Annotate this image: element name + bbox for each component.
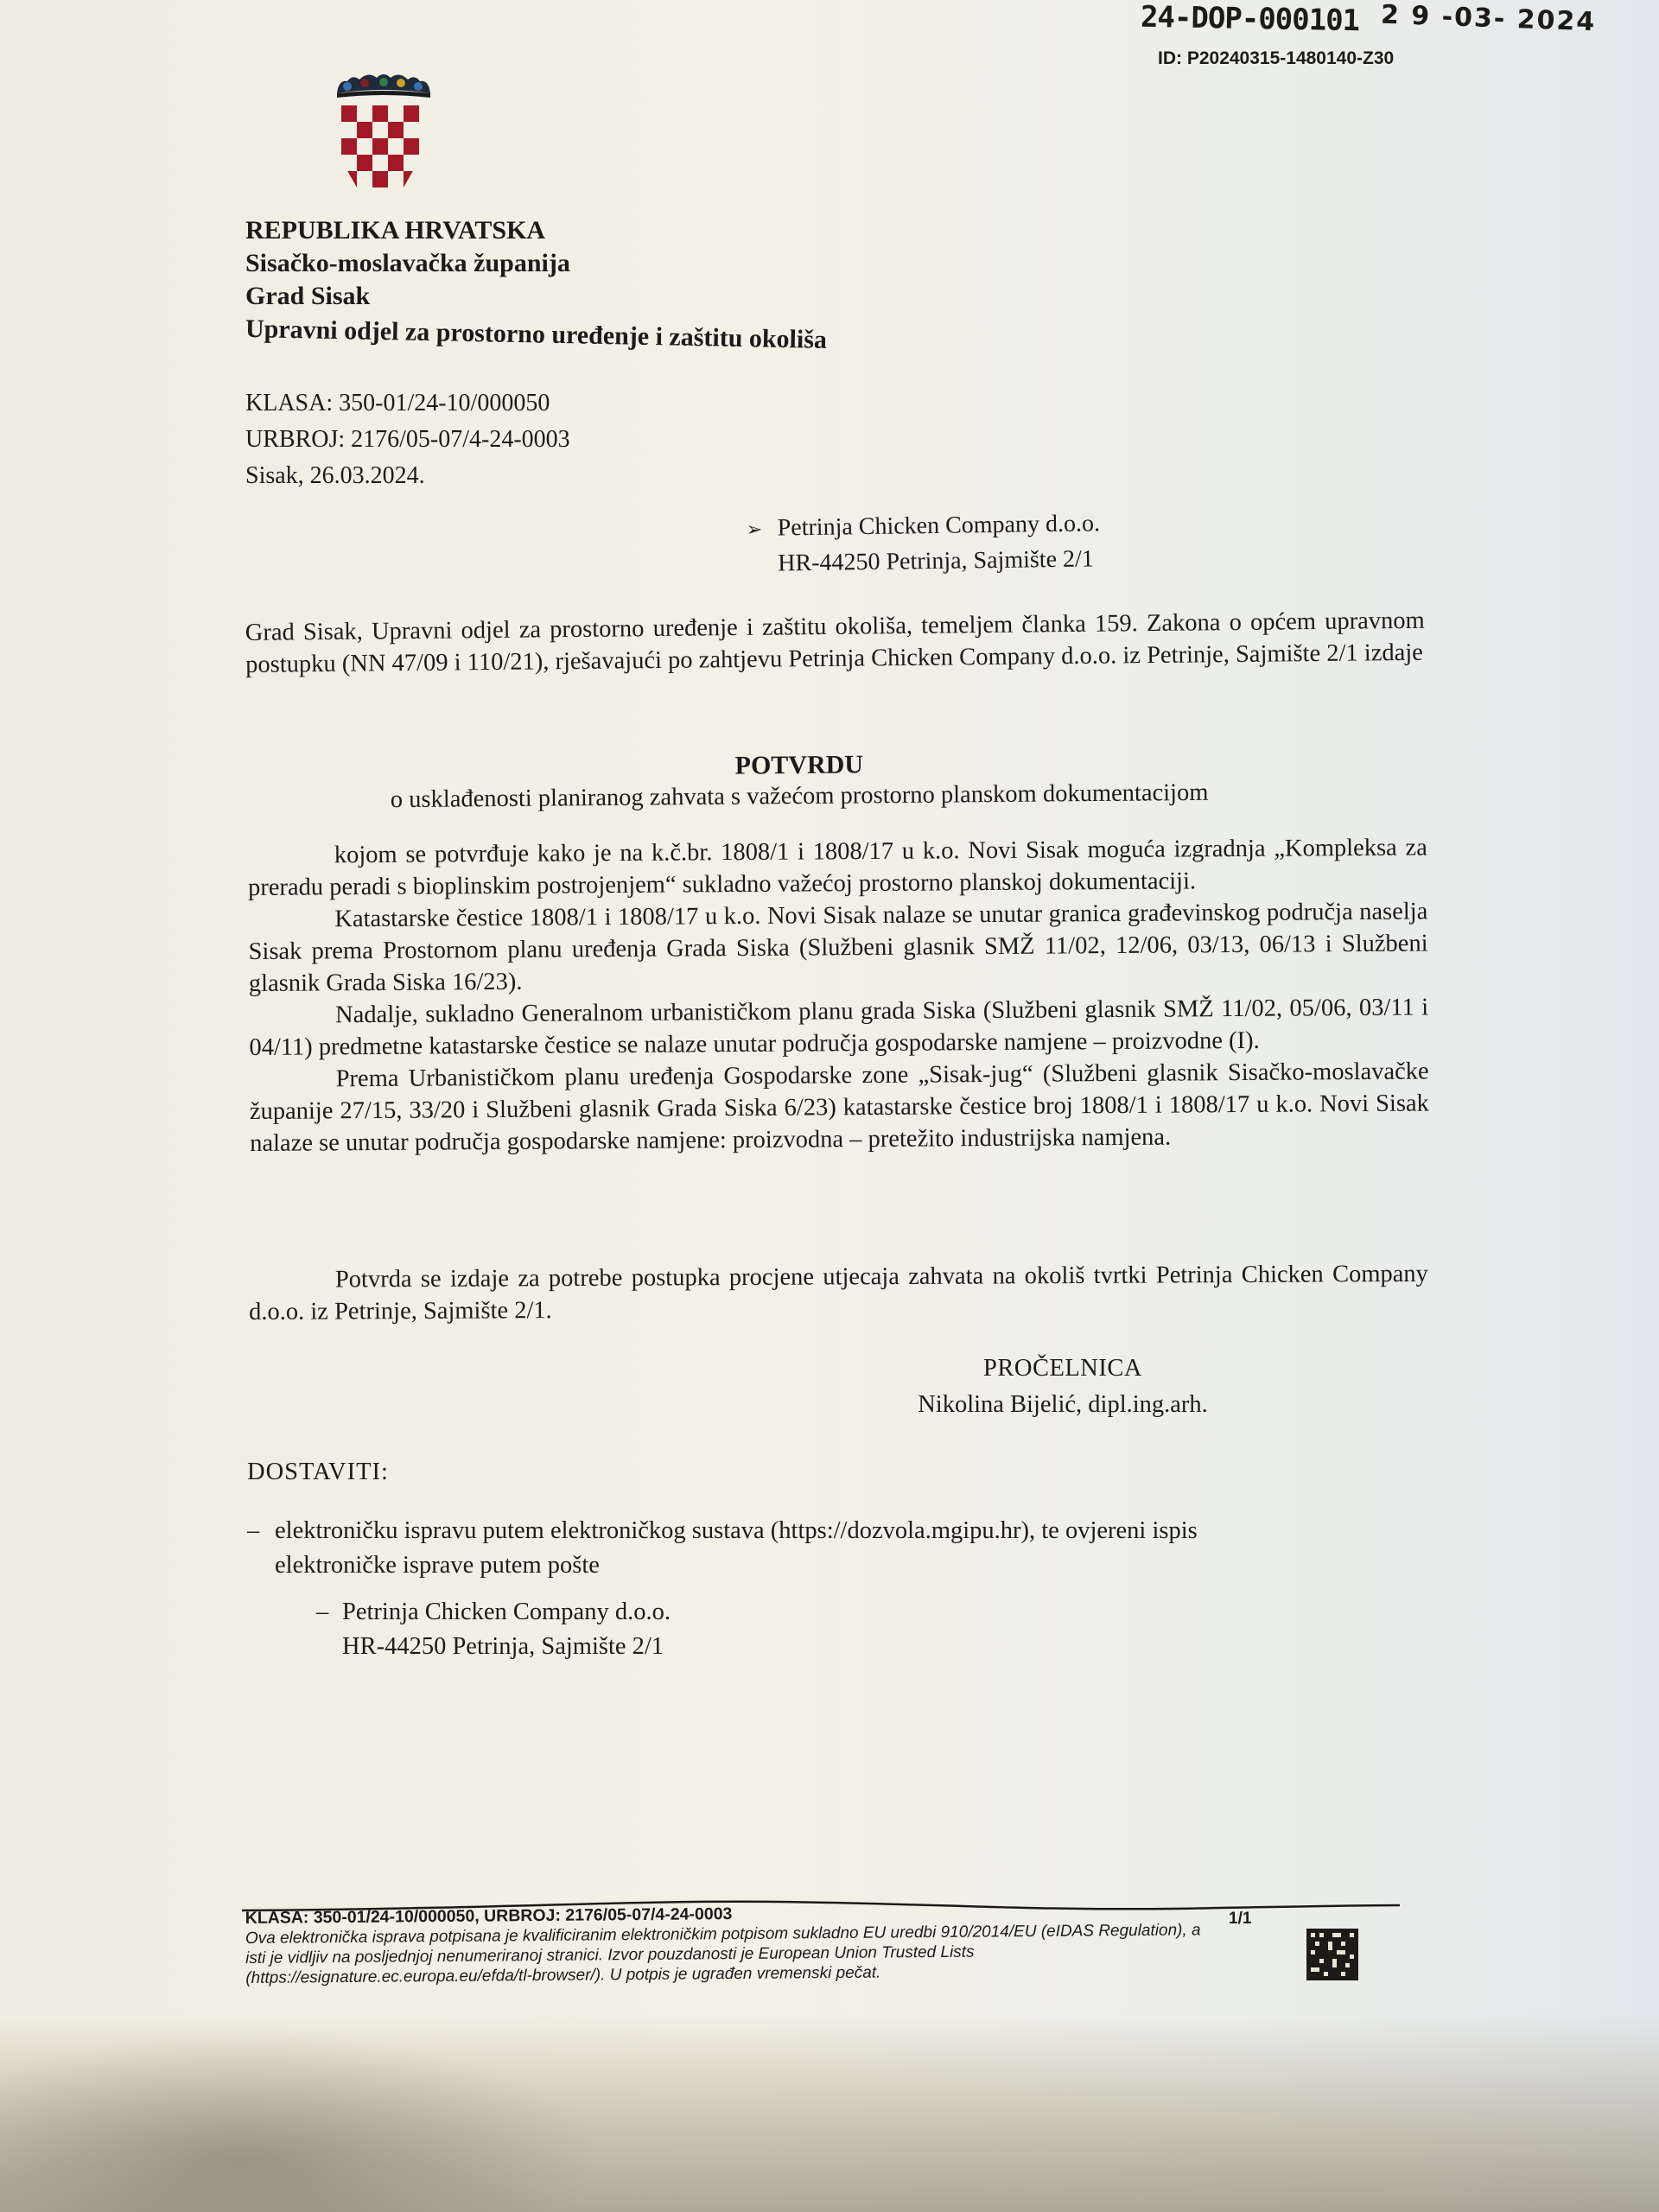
croatian-coat-of-arms-icon [333,71,436,200]
klasa: KLASA: 350-01/24-10/000050 [245,385,570,422]
delivery-sub-address: HR-44250 Petrinja, Sajmište 2/1 [342,1630,1294,1664]
delivery-title: DOSTAVITI: [247,1455,1294,1490]
dash-bullet-icon: – [316,1595,328,1630]
body-paragraph: Prema Urbanističkom planu uređenja Gospo… [250,1055,1430,1160]
handwritten-registry-code: 24-DOP-000101 [1141,0,1360,38]
intro-paragraph: Grad Sisak, Upravni odjel za prostorno u… [245,605,1426,681]
urbroj: URBROJ: 2176/05-07/4-24-0003 [245,422,570,458]
esignature-note: Ova elektronička isprava potpisana je kv… [245,1920,1214,1988]
recipient-name: Petrinja Chicken Company d.o.o. [777,510,1100,541]
issuer-city: Grad Sisak [245,280,827,313]
qr-code-icon [1306,1929,1358,1980]
crown-icon [335,71,432,100]
signatory-name: Nikolina Bijelić, dipl.ing.arh. [899,1387,1227,1423]
checkerboard-shield [341,105,419,192]
document-title: POTVRDU o usklađenosti planiranog zahvat… [328,746,1271,817]
closing-text: Potvrda se izdaje za potrebe postupka pr… [249,1258,1428,1328]
footer: KLASA: 350-01/24-10/000050, URBROJ: 2176… [245,1898,1370,1988]
delivery-item-text: elektroničku ispravu putem elektroničkog… [275,1514,1294,1583]
received-date-stamp: 2 9 -03- 2024 [1380,0,1596,37]
delivery-block: DOSTAVITI: – elektroničku ispravu putem … [247,1455,1294,1664]
recipient-address: HR-44250 Petrinja, Sajmište 2/1 [747,542,1101,582]
arrow-bullet-icon: ➢ [746,512,778,547]
document-id: ID: P20240315-1480140-Z30 [1158,48,1394,69]
body-text: kojom se potvrđuje kako je na k.č.br. 18… [248,831,1430,1160]
page-number: 1/1 [1229,1910,1251,1929]
recipient-block: ➢Petrinja Chicken Company d.o.o. HR-4425… [746,506,1100,582]
issuer-country: REPUBLIKA HRVATSKA [245,214,827,247]
photo-shadow-left [0,2031,605,2212]
issuer-county: Sisačko-moslavačka županija [245,247,827,280]
place-date: Sisak, 26.03.2024. [245,458,570,494]
delivery-subitem: – Petrinja Chicken Company d.o.o. HR-442… [247,1595,1294,1664]
body-paragraph: Nadalje, sukladno Generalnom urbanističk… [249,991,1428,1064]
issuer-header: REPUBLIKA HRVATSKA Sisačko-moslavačka žu… [245,214,827,346]
photo-shadow [0,2013,1659,2212]
reference-block: KLASA: 350-01/24-10/000050 URBROJ: 2176/… [245,385,570,494]
signature-block: PROČELNICA Nikolina Bijelić, dipl.ing.ar… [899,1351,1227,1423]
delivery-sub-name: Petrinja Chicken Company d.o.o. [342,1595,1294,1630]
signatory-role: PROČELNICA [899,1351,1227,1387]
closing-paragraph: Potvrda se izdaje za potrebe postupka pr… [249,1258,1428,1328]
body-paragraph: kojom se potvrđuje kako je na k.č.br. 18… [248,831,1427,904]
body-paragraph: Katastarske čestice 1808/1 i 1808/17 u k… [248,895,1428,1000]
issuer-department: Upravni odjel za prostorno uređenje i za… [245,313,828,357]
delivery-item: – elektroničku ispravu putem elektroničk… [247,1514,1294,1583]
dash-bullet-icon: – [247,1514,259,1548]
